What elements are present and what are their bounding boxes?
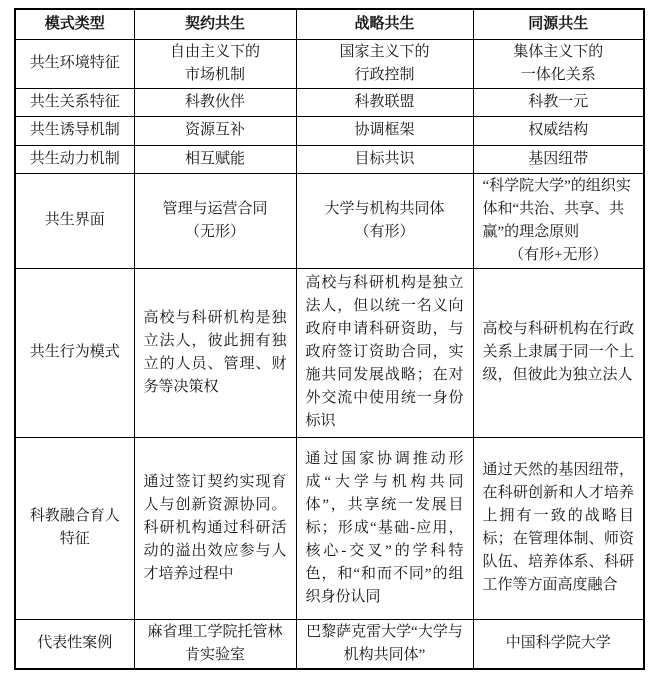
row-header-cell: 共生关系特征 <box>15 88 134 116</box>
table-cell: 基因纽带 <box>473 145 644 173</box>
document-page: 模式类型 契约共生 战略共生 同源共生 共生环境特征 自由主义下的 市场机制 国… <box>0 0 655 676</box>
table-cell: 通过国家协调推动形成“大学与机构共同体”，共享统一发展目标；形成“基础-应用，核… <box>296 437 473 619</box>
table-row-cases: 代表性案例 麻省理工学院托管林肯实验室 巴黎萨克雷大学“大学与机构共同体” 中国… <box>15 619 644 669</box>
table-cell: 中国科学院大学 <box>473 619 644 669</box>
table-cell-text: “科学院大学”的组织实体和“共治、共享、共赢”的理念原则 <box>483 175 635 244</box>
table-row-interface: 共生界面 管理与运营合同 （无形） 大学与机构共同体 （有形） “科学院大学”的… <box>15 173 644 268</box>
symbiosis-modes-table: 模式类型 契约共生 战略共生 同源共生 共生环境特征 自由主义下的 市场机制 国… <box>14 8 645 670</box>
table-cell: 大学与机构共同体 （有形） <box>296 173 473 268</box>
table-cell: 高校与科研机构是独立法人，彼此拥有独立的人员、管理、财务等决策权 <box>134 268 296 437</box>
row-header-cell: 共生动力机制 <box>15 145 134 173</box>
table-row-induction: 共生诱导机制 资源互补 协调框架 权威结构 <box>15 116 644 145</box>
table-cell: 高校与科研机构是独立法人，但以统一名义向政府申请科研资助，与政府签订资助合同，实… <box>296 268 473 437</box>
table-cell: 麻省理工学院托管林肯实验室 <box>134 619 296 669</box>
table-cell: 科教一元 <box>473 88 644 116</box>
table-cell: 管理与运营合同 （无形） <box>134 173 296 268</box>
table-cell: 通过天然的基因纽带，在科研创新和人才培养上拥有一致的战略目标；在管理体制、师资队… <box>473 437 644 619</box>
table-cell: 权威结构 <box>473 116 644 145</box>
row-header-cell: 共生行为模式 <box>15 268 134 437</box>
table-cell: 科教联盟 <box>296 88 473 116</box>
table-cell: 集体主义下的 一体化关系 <box>473 39 644 88</box>
row-header-cell: 共生界面 <box>15 173 134 268</box>
column-header-homologous-symbiosis: 同源共生 <box>473 9 644 39</box>
column-header-strategic-symbiosis: 战略共生 <box>296 9 473 39</box>
row-header-cell: 科教融合育人 特征 <box>15 437 134 619</box>
table-cell-subline: （有形+无形） <box>483 244 635 267</box>
table-cell: “科学院大学”的组织实体和“共治、共享、共赢”的理念原则 （有形+无形） <box>473 173 644 268</box>
table-cell: 自由主义下的 市场机制 <box>134 39 296 88</box>
table-row-behavior: 共生行为模式 高校与科研机构是独立法人，彼此拥有独立的人员、管理、财务等决策权 … <box>15 268 644 437</box>
table-cell: 协调框架 <box>296 116 473 145</box>
table-cell: 资源互补 <box>134 116 296 145</box>
table-cell: 国家主义下的 行政控制 <box>296 39 473 88</box>
table-cell: 科教伙伴 <box>134 88 296 116</box>
table-row-dynamics: 共生动力机制 相互赋能 目标共识 基因纽带 <box>15 145 644 173</box>
table-cell: 高校与科研机构在行政关系上隶属于同一个上级，但彼此为独立法人 <box>473 268 644 437</box>
table-header-row: 模式类型 契约共生 战略共生 同源共生 <box>15 9 644 39</box>
table-row-relationship: 共生关系特征 科教伙伴 科教联盟 科教一元 <box>15 88 644 116</box>
column-header-contract-symbiosis: 契约共生 <box>134 9 296 39</box>
row-header-cell: 共生诱导机制 <box>15 116 134 145</box>
table-row-environment: 共生环境特征 自由主义下的 市场机制 国家主义下的 行政控制 集体主义下的 一体… <box>15 39 644 88</box>
table-cell: 通过签订契约实现育人与创新资源协同。科研机构通过科研活动的溢出效应参与人才培养过… <box>134 437 296 619</box>
table-cell: 目标共识 <box>296 145 473 173</box>
table-cell: 巴黎萨克雷大学“大学与机构共同体” <box>296 619 473 669</box>
table-cell: 相互赋能 <box>134 145 296 173</box>
row-header-cell: 共生环境特征 <box>15 39 134 88</box>
column-header-mode-type: 模式类型 <box>15 9 134 39</box>
table-row-education-features: 科教融合育人 特征 通过签订契约实现育人与创新资源协同。科研机构通过科研活动的溢… <box>15 437 644 619</box>
row-header-cell: 代表性案例 <box>15 619 134 669</box>
